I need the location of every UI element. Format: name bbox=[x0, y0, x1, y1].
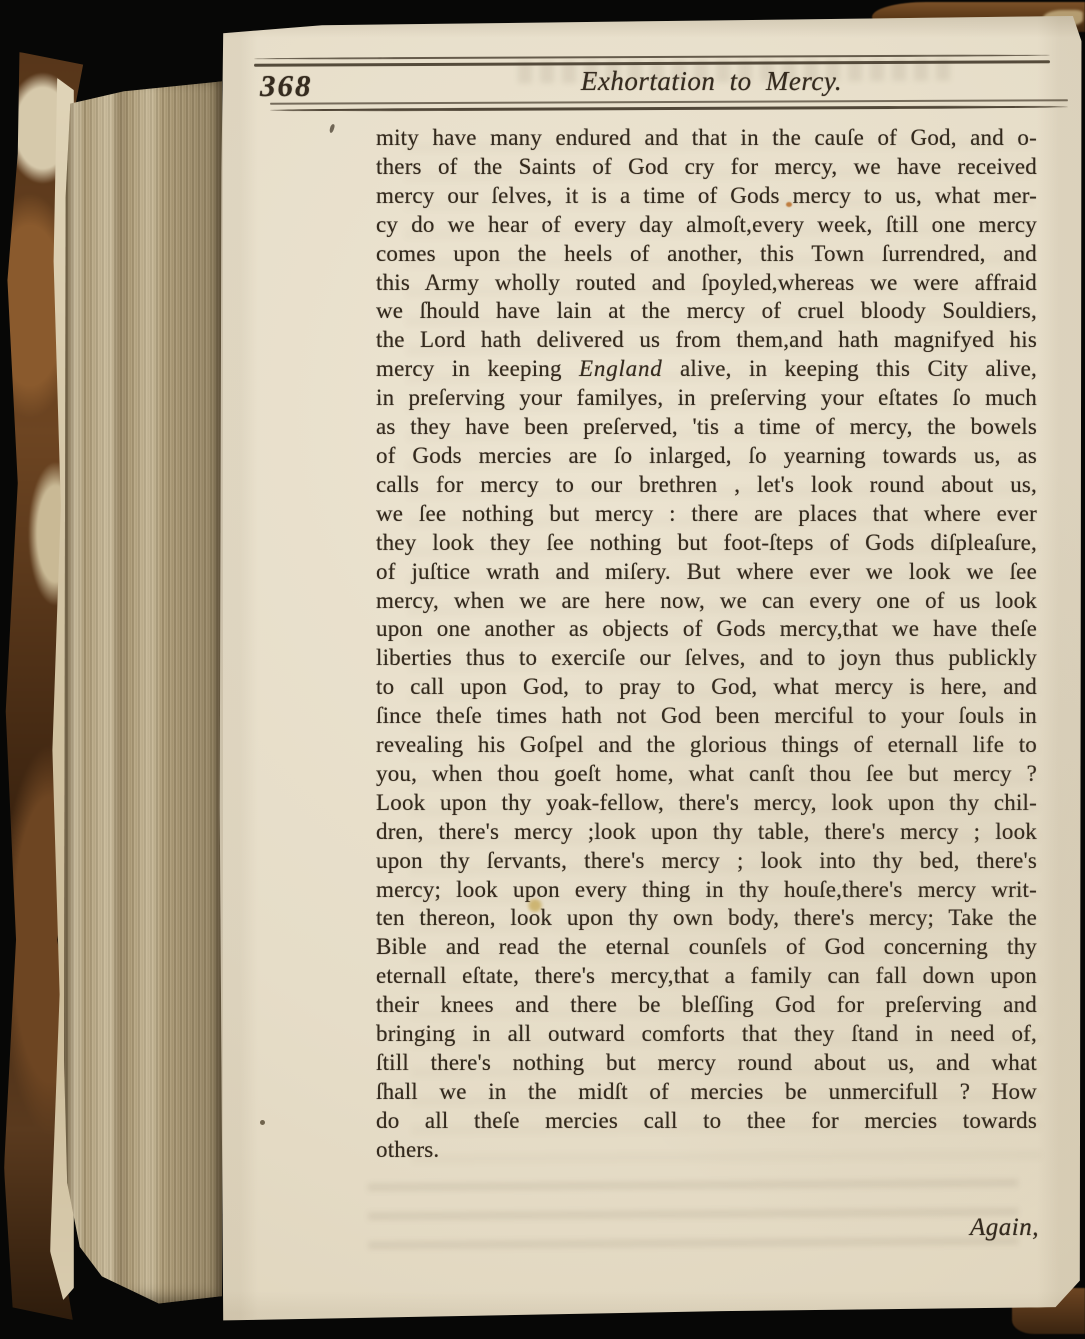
body-line: this Army wholly routed and ſpoyled,wher… bbox=[376, 269, 1037, 298]
body-line: do all theſe mercies call to thee for me… bbox=[376, 1107, 1037, 1136]
body-line: they look they ſee nothing but foot-ſtep… bbox=[376, 529, 1037, 558]
header-rule-top bbox=[254, 54, 1050, 66]
body-line: to call upon God, to pray to God, what m… bbox=[376, 673, 1037, 702]
body-line: we ſee nothing but mercy : there are pla… bbox=[376, 500, 1037, 529]
running-head-row: 368 Exhortation to Mercy. bbox=[218, 66, 1085, 104]
body-line: ten thereon, look upon thy own body, the… bbox=[376, 904, 1037, 933]
body-line: mercy in keeping England alive, in keepi… bbox=[376, 355, 1037, 384]
body-line: calls for mercy to our brethren , let's … bbox=[376, 471, 1037, 500]
running-header: Exhortation to Mercy. bbox=[338, 66, 1085, 97]
paper-speck bbox=[786, 202, 792, 207]
body-line: eternall eſtate, there's mercy,that a fa… bbox=[376, 962, 1037, 991]
catchword: Again, bbox=[970, 1214, 1039, 1242]
body-line: ſhall we in the midſt of mercies be unme… bbox=[376, 1078, 1037, 1107]
body-line: mercy, when we are here now, we can ever… bbox=[376, 587, 1037, 616]
italic-word: England bbox=[579, 356, 663, 381]
body-line: others. bbox=[376, 1136, 1037, 1165]
body-line: mercy; look upon every thing in thy houſ… bbox=[376, 876, 1037, 905]
bleedthrough-texture bbox=[368, 1178, 1019, 1259]
body-line: ſtill there's nothing but mercy round ab… bbox=[376, 1049, 1037, 1078]
body-line: cy do we hear of every day almoſt,every … bbox=[376, 211, 1037, 240]
body-line: thers of the Saints of God cry for mercy… bbox=[376, 153, 1037, 182]
body-line: of Gods mercies are ſo inlarged, ſo year… bbox=[376, 442, 1037, 471]
body-line: upon thy ſervants, there's mercy ; look … bbox=[376, 847, 1037, 876]
body-line: mercy our ſelves, it is a time of Gods m… bbox=[376, 182, 1037, 211]
body-line: you, when thou goeſt home, what canſt th… bbox=[376, 760, 1037, 789]
body-line: in preſerving your familyes, in preſervi… bbox=[376, 384, 1037, 413]
body-line: the Lord hath delivered us from them,and… bbox=[376, 326, 1037, 355]
body-line: mity have many endured and that in the c… bbox=[376, 124, 1037, 153]
body-line: Look upon thy yoak-fellow, there's mercy… bbox=[376, 789, 1037, 818]
body-line: we ſhould have lain at the mercy of crue… bbox=[376, 297, 1037, 326]
page-edge-stack bbox=[64, 74, 222, 1306]
body-line: as they have been preſerved, 'tis a time… bbox=[376, 413, 1037, 442]
body-text-segment: mercy in keeping bbox=[376, 356, 579, 381]
book-photo: { "page": { "page_number": "368", "runni… bbox=[0, 0, 1085, 1339]
book-page: 368 Exhortation to Mercy. mity have many… bbox=[218, 12, 1085, 1339]
ink-mark bbox=[329, 124, 335, 134]
body-text-segment: alive, in keeping this City alive, bbox=[663, 356, 1037, 381]
body-line: upon one another as objects of Gods merc… bbox=[376, 615, 1037, 644]
text-block: mity have many endured and that in the c… bbox=[376, 124, 1037, 1165]
body-line: dren, there's mercy ;look upon thy table… bbox=[376, 818, 1037, 847]
body-line: revealing his Goſpel and the glorious th… bbox=[376, 731, 1037, 760]
body-line: comes upon the heels of another, this To… bbox=[376, 240, 1037, 269]
body-line: Bible and read the eternal counſels of G… bbox=[376, 933, 1037, 962]
body-line: liberties thus to exerciſe our ſelves, a… bbox=[376, 644, 1037, 673]
page-number: 368 bbox=[260, 68, 313, 104]
paper-stain bbox=[526, 898, 544, 913]
paper-speck bbox=[260, 1120, 265, 1125]
body-line: their knees and there be bleſſing God fo… bbox=[376, 991, 1037, 1020]
body-line: bringing in all outward comforts that th… bbox=[376, 1020, 1037, 1049]
body-line: of juſtice wrath and miſery. But where e… bbox=[376, 558, 1037, 587]
body-line: ſince theſe times hath not God been merc… bbox=[376, 702, 1037, 731]
